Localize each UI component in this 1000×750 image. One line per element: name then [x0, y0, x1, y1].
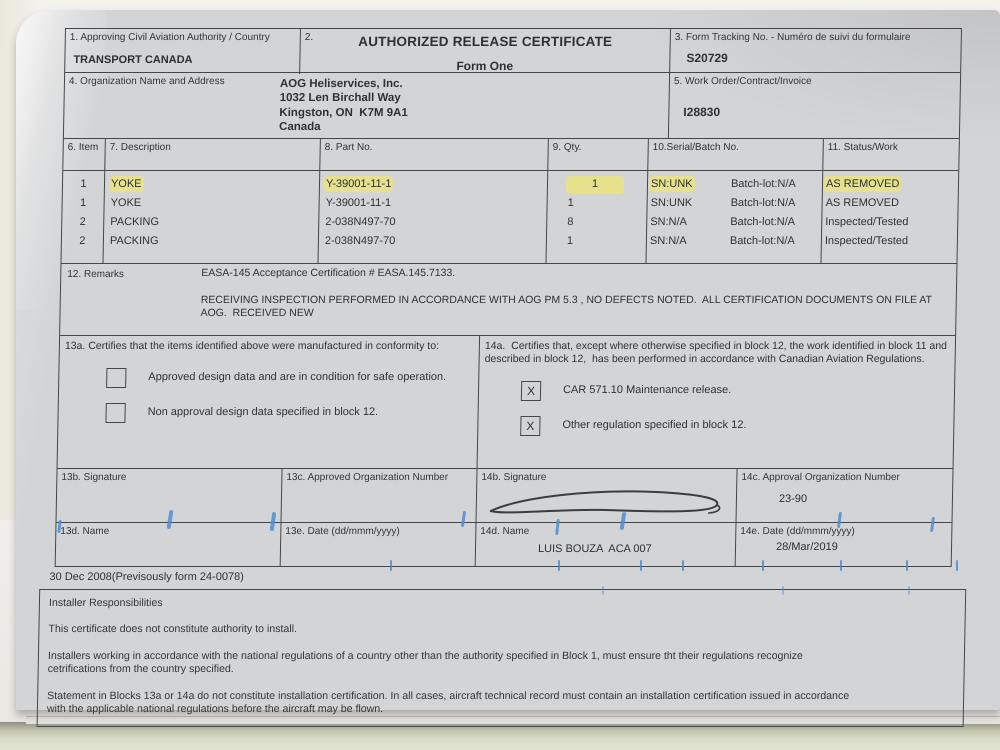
installer-para-3: Statement in Blocks 13a or 14a do not co…	[47, 690, 866, 716]
column-serial-batch: SN:UNK Batch-lot:N/A SN:UNK Batch-lot:N/…	[646, 171, 823, 263]
remarks-paragraph: RECEIVING INSPECTION PERFORMED IN ACCORD…	[200, 294, 953, 320]
table-cell-sn: SN:UNK	[650, 197, 730, 216]
checkbox-label: Other regulation specified in block 12.	[562, 419, 746, 433]
pen-mark	[956, 560, 958, 571]
block-14d-label: 14d. Name	[476, 523, 735, 539]
table-cell-batch: Batch-lot:N/A	[731, 178, 796, 197]
column-item: 1 1 2 2	[61, 171, 105, 263]
block-13d-name: 13d. Name	[56, 523, 282, 566]
table-cell-sn: SN:N/A	[650, 216, 730, 235]
form-revision-note: 30 Dec 2008(Previsously form 24-0078)	[39, 567, 966, 589]
block-3-label: 3. Form Tracking No. - Numéro de suivi d…	[671, 29, 961, 45]
block-13a: 13a. Certifies that the items identified…	[58, 336, 481, 468]
org-line-2: 1032 Len Birchall Way	[280, 91, 409, 105]
column-description: YOKE YOKE PACKING PACKING	[103, 171, 320, 263]
block-1-authority: 1. Approving Civil Aviation Authority / …	[65, 29, 301, 74]
table-cell-description-highlighted: YOKE	[111, 178, 142, 190]
table-cell-sn: SN:N/A	[650, 235, 730, 254]
certification-row: 13a. Certifies that the items identified…	[58, 336, 956, 469]
table-cell-item: 1	[62, 197, 103, 216]
pen-mark	[906, 560, 908, 571]
checkbox-label: CAR 571.10 Maintenance release.	[563, 384, 731, 398]
block-1-label: 1. Approving Civil Aviation Authority / …	[66, 29, 300, 45]
checkbox-other-regulation-checked: X	[520, 416, 540, 436]
table-cell-description: PACKING	[104, 235, 318, 254]
table-cell-part: 2-038N497-70	[319, 235, 546, 254]
checkbox-non-approval-design-data	[105, 403, 125, 423]
checkbox-approved-design-data	[106, 368, 126, 388]
checkbox-label: Approved design data and are in conditio…	[148, 371, 446, 385]
organization-address: AOG Heliservices, Inc. 1032 Len Birchall…	[279, 77, 409, 135]
header-row: 1. Approving Civil Aviation Authority / …	[65, 29, 961, 73]
pen-mark	[840, 560, 842, 571]
block-13c-label: 13c. Approved Organization Number	[282, 469, 476, 485]
org-line-1: AOG Heliservices, Inc.	[280, 77, 409, 91]
table-cell-description: YOKE	[104, 197, 318, 216]
block-12-remarks: 12. Remarks EASA-145 Acceptance Certific…	[60, 264, 956, 336]
installer-para-2: Installers working in accordance with th…	[48, 650, 807, 676]
block-14b-label: 14b. Signature	[477, 469, 736, 485]
table-cell-status: Inspected/Tested	[822, 235, 957, 254]
photo-background: 1. Approving Civil Aviation Authority / …	[0, 0, 1000, 750]
pen-mark	[782, 586, 784, 595]
signature-scribble	[481, 485, 730, 521]
release-certificate-form: 1. Approving Civil Aviation Authority / …	[52, 28, 962, 727]
pen-mark	[390, 560, 392, 571]
table-cell-qty: 1	[547, 197, 646, 216]
block-5-work-order: 5. Work Order/Contract/Invoice I28830	[669, 73, 960, 138]
block-14a: 14a. Certifies that, except where otherw…	[478, 336, 956, 468]
block-13e-label: 13e. Date (dd/mmm/yyyy)	[281, 523, 475, 539]
block-13a-label: 13a. Certifies that the items identified…	[60, 336, 479, 353]
installer-responsibilities-box: Installer Responsibilities This certific…	[37, 589, 967, 727]
block-14a-label: 14a. Certifies that, except where otherw…	[480, 336, 956, 366]
table-cell-status-highlighted: AS REMOVED	[826, 178, 900, 190]
table-cell-item: 2	[62, 235, 103, 254]
table-cell-batch: Batch-lot:N/A	[730, 197, 795, 216]
block-2-title: 2. AUTHORIZED RELEASE CERTIFICATE Form O…	[300, 29, 671, 74]
installer-para-1: This certificate does not constitute aut…	[48, 623, 954, 636]
block-14c-org-number: 14c. Approval Organization Number 23-90	[737, 469, 953, 522]
table-cell-sn-highlighted: SN:UNK	[651, 178, 693, 190]
table-cell-batch: Batch-lot:N/A	[730, 216, 795, 235]
block-13c-org-number: 13c. Approved Organization Number	[282, 469, 478, 522]
block-13b-label: 13b. Signature	[57, 469, 281, 485]
col-header-serial-batch: 10.Serial/Batch No.	[648, 139, 824, 171]
block-14e-date: 14e. Date (dd/mmm/yyyy) 28/Mar/2019	[736, 523, 952, 566]
org-line-3: Kingston, ON K7M 9A1	[279, 106, 408, 120]
col-header-item: 6. Item	[63, 139, 106, 171]
form-main-box: 1. Approving Civil Aviation Authority / …	[55, 28, 962, 567]
table-cell-status: Inspected/Tested	[822, 216, 957, 235]
block-14d-name: 14d. Name LUIS BOUZA ACA 007	[476, 523, 737, 566]
block-14b-signature: 14b. Signature	[477, 469, 738, 522]
paper-sheet: 1. Approving Civil Aviation Authority / …	[16, 10, 1000, 710]
col-header-part-no: 8. Part No.	[320, 139, 549, 171]
col-header-description: 7. Description	[105, 139, 321, 171]
block-14e-label: 14e. Date (dd/mmm/yyyy)	[736, 523, 951, 539]
col-header-status: 11. Status/Work	[823, 139, 959, 171]
name-date-row: 13d. Name 13e. Date (dd/mmm/yyyy) 14d. N…	[56, 523, 952, 566]
remarks-line-1: EASA-145 Acceptance Certification # EASA…	[201, 267, 953, 280]
approval-org-number-value: 23-90	[737, 485, 952, 507]
checkbox-label: Non approval design data specified in bl…	[147, 406, 378, 420]
pen-mark	[762, 560, 764, 571]
table-cell-description: PACKING	[104, 216, 318, 235]
pen-mark	[640, 560, 642, 571]
pen-mark	[908, 586, 910, 595]
pen-mark	[682, 560, 684, 571]
block-14c-label: 14c. Approval Organization Number	[737, 469, 952, 485]
certifier-name-value: LUIS BOUZA ACA 007	[476, 539, 735, 557]
block-13e-date: 13e. Date (dd/mmm/yyyy)	[281, 523, 477, 566]
tracking-number-value: S20729	[670, 45, 960, 66]
table-cell-part: Y-39001-11-1	[319, 197, 546, 216]
table-cell-part: 2-038N497-70	[319, 216, 546, 235]
certificate-title: AUTHORIZED RELEASE CERTIFICATE	[301, 34, 670, 51]
table-cell-batch: Batch-lot:N/A	[730, 235, 795, 254]
remarks-label: 12. Remarks	[63, 266, 128, 282]
authority-value: TRANSPORT CANADA	[65, 45, 299, 68]
table-cell-item: 1	[63, 178, 104, 197]
block-4-organization: 4. Organization Name and Address AOG Hel…	[64, 73, 670, 138]
table-cell-status: AS REMOVED	[822, 197, 957, 216]
table-cell-part-highlighted: Y-39001-11-1	[326, 178, 392, 190]
org-line-4: Canada	[279, 120, 408, 134]
form-one-subtitle: Form One	[300, 59, 669, 74]
work-order-value: I28830	[669, 89, 960, 120]
certification-date-value: 28/Mar/2019	[736, 539, 951, 555]
block-2-number: 2.	[305, 32, 314, 45]
pen-mark	[602, 586, 604, 595]
checkbox-car-571-checked: X	[521, 381, 541, 401]
signature-row: 13b. Signature 13c. Approved Organizatio…	[56, 469, 952, 523]
column-part-no: Y-39001-11-1 Y-39001-11-1 2-038N497-70 2…	[318, 171, 548, 263]
table-cell-qty-highlighted: 1	[568, 178, 622, 192]
column-status: AS REMOVED AS REMOVED Inspected/Tested I…	[821, 171, 958, 263]
pen-mark	[558, 560, 560, 571]
col-header-qty: 9. Qty.	[548, 139, 649, 171]
column-qty: 1 1 8 1	[546, 171, 648, 263]
block-3-tracking: 3. Form Tracking No. - Numéro de suivi d…	[670, 29, 961, 74]
table-cell-qty: 8	[547, 216, 646, 235]
installer-title: Installer Responsibilities	[49, 597, 955, 610]
org-row: 4. Organization Name and Address AOG Hel…	[64, 73, 960, 139]
block-5-label: 5. Work Order/Contract/Invoice	[670, 73, 960, 89]
table-cell-item: 2	[62, 216, 103, 235]
items-table: 6. Item 7. Description 8. Part No. 9. Qt…	[61, 139, 958, 264]
table-cell-qty: 1	[547, 235, 646, 254]
